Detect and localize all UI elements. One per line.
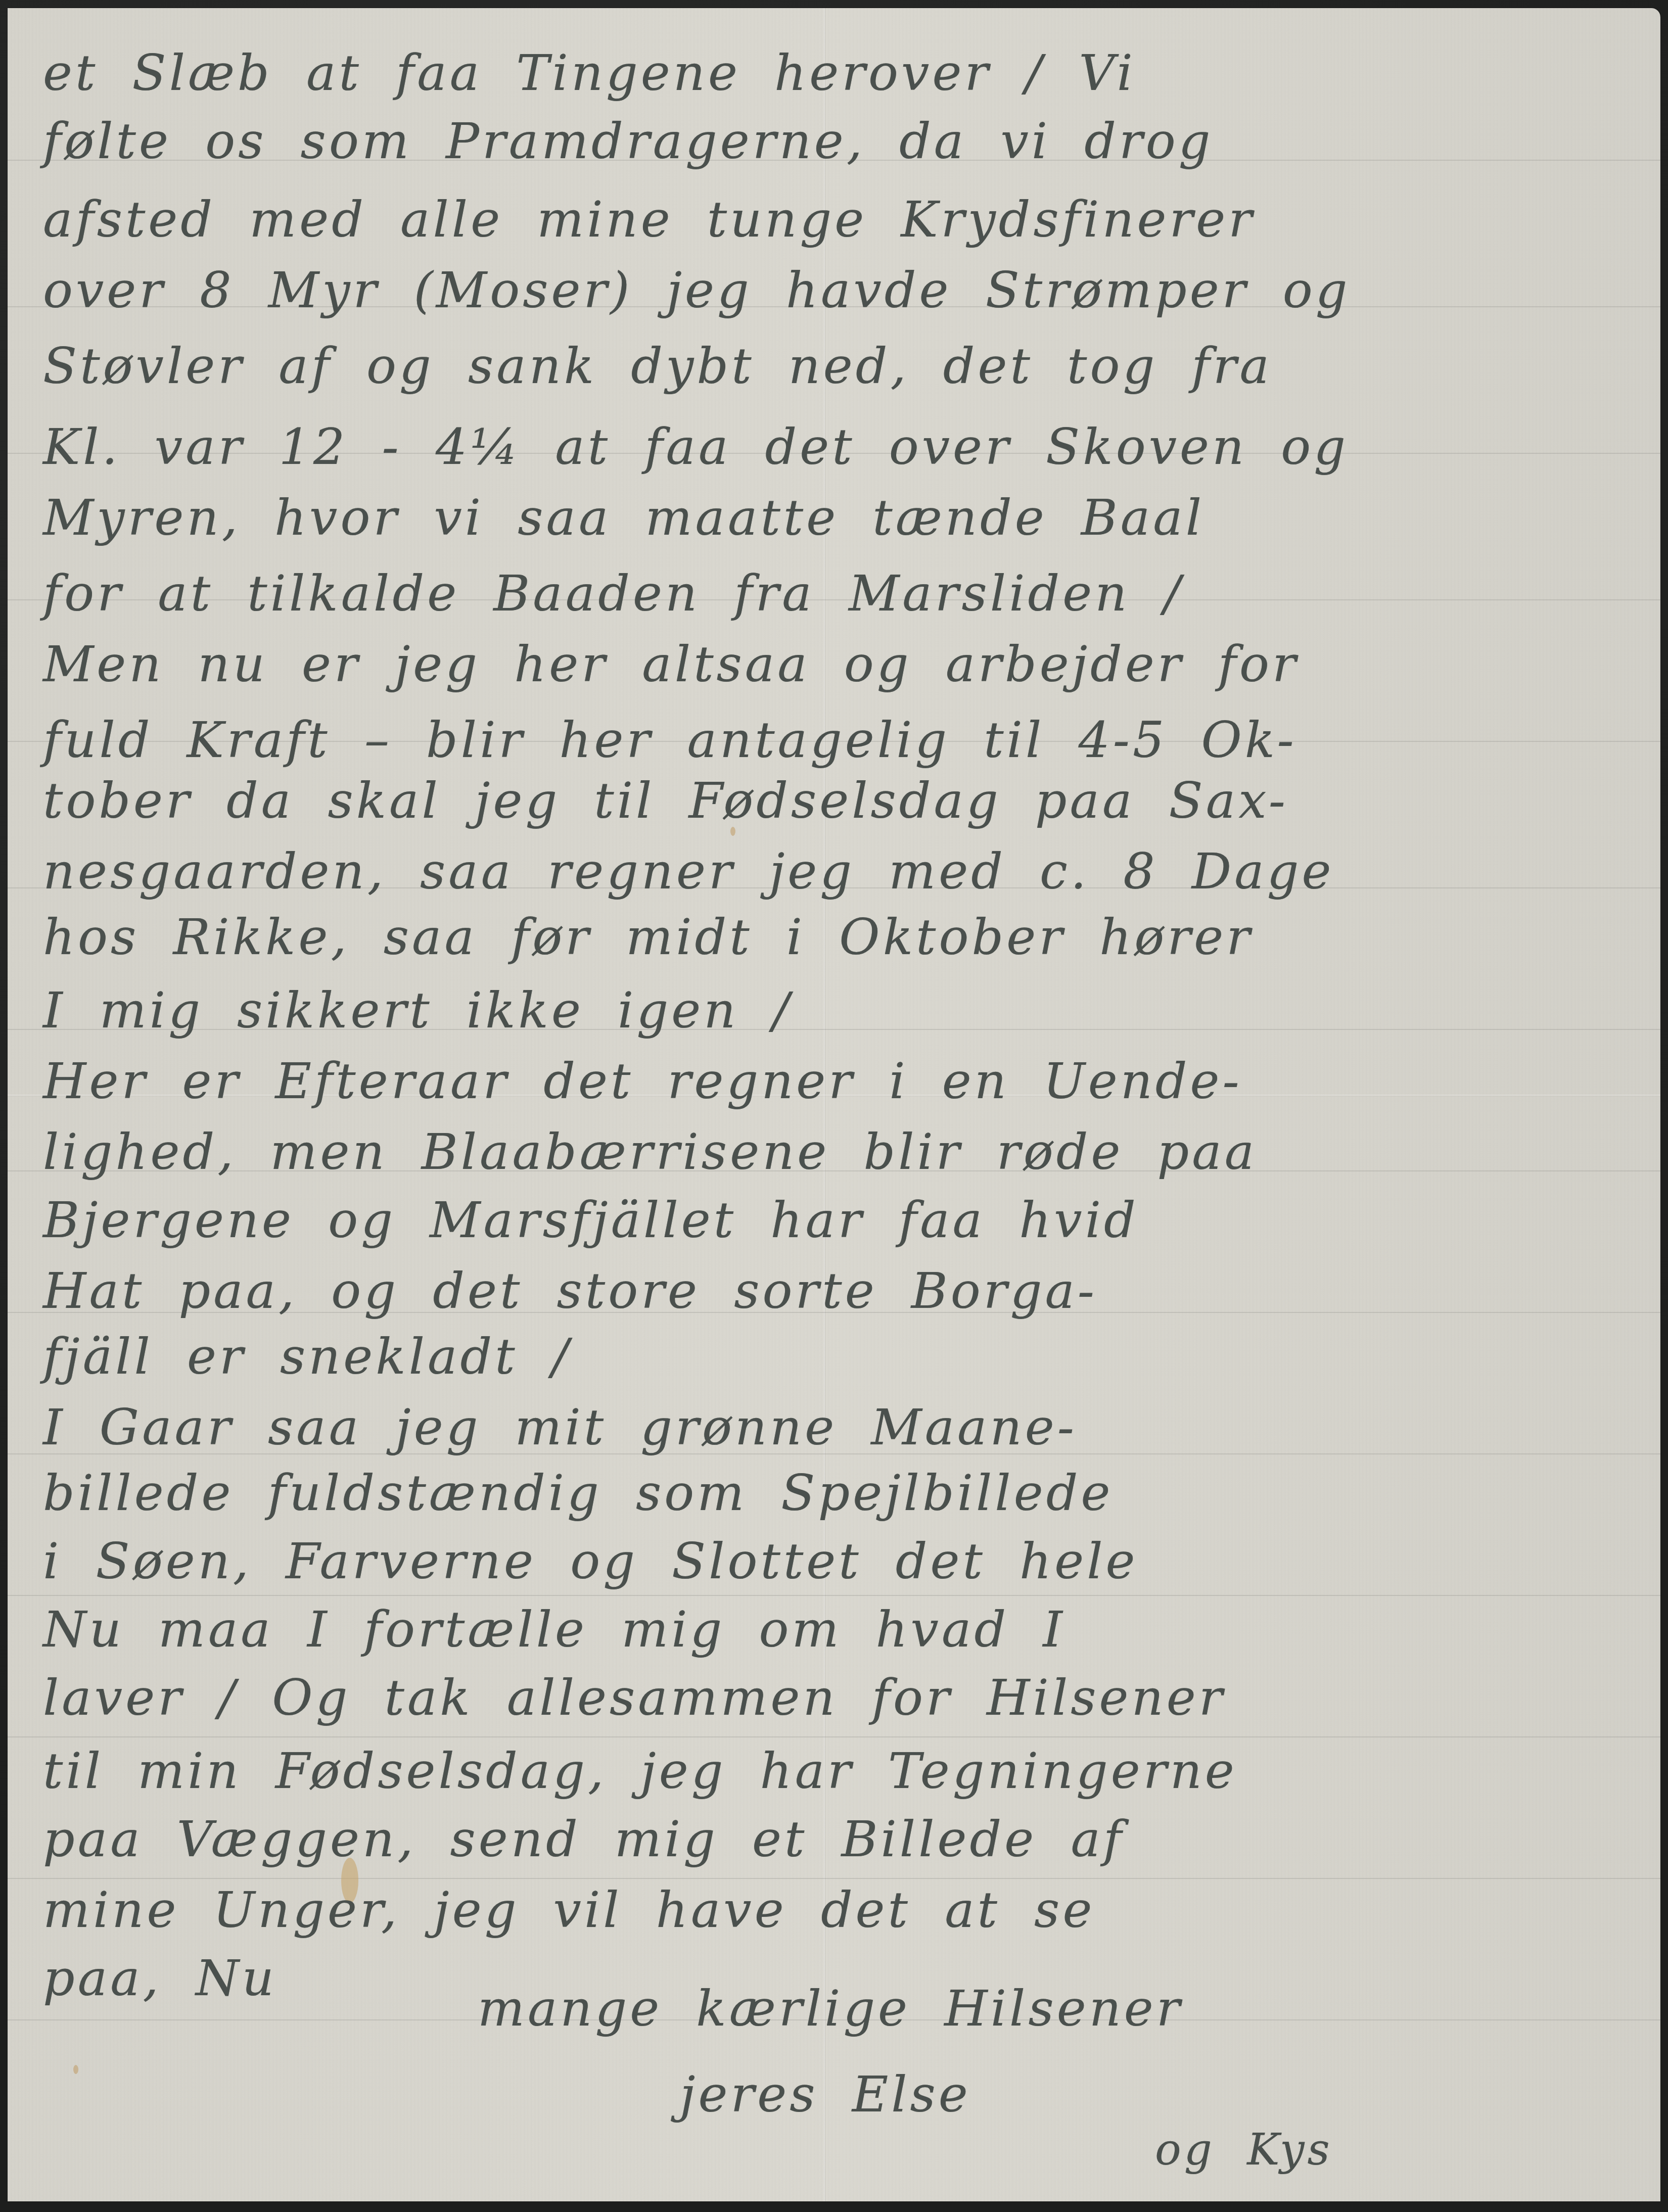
letter-line-24: laver / Og tak allesammen for Hilsener bbox=[43, 1673, 1635, 1723]
letter-line-5: Støvler af og sank dybt ned, det tog fra bbox=[43, 342, 1635, 391]
letter-line-16: lighed, men Blaabærrisene blir røde paa bbox=[43, 1127, 1635, 1177]
letter-line-13: hos Rikke, saa før midt i Oktober hører bbox=[43, 913, 1635, 962]
letter-line-4: over 8 Myr (Moser) jeg havde Strømper og bbox=[43, 266, 1635, 315]
letter-signature: jeres Else bbox=[680, 2070, 1668, 2120]
letter-line-6: Kl. var 12 - 4¼ at faa det over Skoven o… bbox=[43, 422, 1635, 472]
letter-line-10: fuld Kraft – blir her antagelig til 4-5 … bbox=[43, 716, 1635, 765]
letter-line-17: Bjergene og Marsfjället har faa hvid bbox=[43, 1196, 1635, 1245]
letter-line-3: afsted med alle mine tunge Krydsfinerer bbox=[43, 195, 1635, 245]
letter-line-14: I mig sikkert ikke igen / bbox=[43, 986, 1635, 1036]
letter-line-27: mine Unger, jeg vil have det at se bbox=[43, 1886, 1635, 1935]
letter-line-7: Myren, hvor vi saa maatte tænde Baal bbox=[43, 493, 1635, 543]
letter-line-25: til min Fødselsdag, jeg har Tegningerne bbox=[43, 1747, 1635, 1796]
letter-line-20: I Gaar saa jeg mit grønne Maane- bbox=[43, 1403, 1635, 1452]
ruled-line bbox=[8, 1595, 1660, 1596]
letter-line-2: følte os som Pramdragerne, da vi drog bbox=[43, 117, 1635, 166]
letter-line-26: paa Væggen, send mig et Billede af bbox=[43, 1815, 1635, 1864]
letter-closing: mange kærlige Hilsener bbox=[478, 1984, 1668, 2034]
letter-line-8: for at tilkalde Baaden fra Marsliden / bbox=[43, 569, 1635, 619]
letter-paper: et Slæb at faa Tingene herover / Vi følt… bbox=[8, 8, 1660, 2201]
letter-line-9: Men nu er jeg her altsaa og arbejder for bbox=[43, 640, 1635, 689]
letter-line-12: nesgaarden, saa regner jeg med c. 8 Dage bbox=[43, 847, 1635, 897]
letter-line-22: i Søen, Farverne og Slottet det hele bbox=[43, 1537, 1635, 1586]
letter-line-11: tober da skal jeg til Fødselsdag paa Sax… bbox=[43, 776, 1635, 826]
letter-line-1: et Slæb at faa Tingene herover / Vi bbox=[43, 49, 1635, 98]
letter-line-21: billede fuldstændig som Spejlbillede bbox=[43, 1469, 1635, 1518]
ruled-line bbox=[8, 1878, 1660, 1879]
ruled-line bbox=[8, 1736, 1660, 1737]
letter-postscript: og Kys bbox=[1155, 2128, 1668, 2172]
letter-line-18: Hat paa, og det store sorte Borga- bbox=[43, 1266, 1635, 1316]
letter-line-19: fjäll er snekladt / bbox=[43, 1332, 1635, 1382]
paper-spot bbox=[73, 2065, 78, 2074]
letter-line-15: Her er Efteraar det regner i en Uende- bbox=[43, 1057, 1635, 1106]
letter-line-23: Nu maa I fortælle mig om hvad I bbox=[43, 1605, 1635, 1655]
